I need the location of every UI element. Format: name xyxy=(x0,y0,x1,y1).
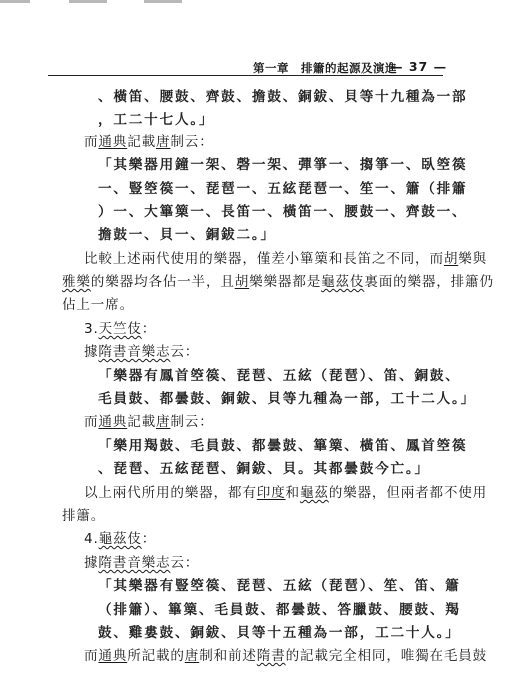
text-line: 而通典所記載的唐制和前述隋書的記載完全相同，唯獨在毛員鼓 xyxy=(84,647,487,665)
chapter-title: 第一章 排簫的起源及演進 xyxy=(253,60,397,76)
text-line: 比較上述兩代使用的樂器，僅差小篳篥和長笛之不同，而胡樂與 xyxy=(84,250,487,268)
text-line: 一、豎箜篌一、琵琶一、五絃琵琶一、笙一、簫（排簫 xyxy=(98,180,467,198)
text-line: 而通典記載唐制云： xyxy=(84,413,214,431)
text-line: 排簫。 xyxy=(62,507,105,525)
text-line: ）一、大篳篥一、長笛一、橫笛一、腰鼓一、齊鼓一、 xyxy=(98,203,467,221)
text-line: 「樂用羯鼓、毛員鼓、都曇鼓、篳篥、橫笛、鳳首箜篌 xyxy=(98,437,467,455)
text-line: 「樂器有鳳首箜篌、琵琶、五絃（琵琶）、笛、銅鼓、 xyxy=(98,367,461,385)
text-line: 以上兩代所用的樂器，都有印度和龜茲的樂器，但兩者都不使用 xyxy=(84,484,487,502)
text-line: 佔上一席。 xyxy=(62,296,134,314)
text-line: 3.天竺伎： xyxy=(84,320,156,338)
header-rule xyxy=(48,75,443,76)
text-line: 4.龜茲伎： xyxy=(84,530,156,548)
text-line: 擔鼓一、貝一、銅鈸二。」 xyxy=(98,226,276,244)
running-header: 第一章 排簫的起源及演進 — 37 — xyxy=(245,58,445,76)
text-line: 「其樂器有豎箜篌、琵琶、五絃（琵琶）、笙、笛、簫 xyxy=(98,577,461,595)
text-line: 鼓、雞婁鼓、銅鈸、貝等十五種為一部，工二十人。」 xyxy=(98,624,461,642)
scan-edge-marks xyxy=(0,0,505,4)
text-line: 、橫笛、腰鼓、齊鼓、擔鼓、銅鈸、貝等十九種為一部 xyxy=(98,88,467,106)
text-line: 「其樂器用鐘一架、磬一架、彈箏一、搊箏一、臥箜篌 xyxy=(98,156,467,174)
text-line: （排簫）、篳篥、毛員鼓、都曇鼓、答臘鼓、腰鼓、羯 xyxy=(98,601,461,619)
text-line: 據隋書音樂志云： xyxy=(84,554,199,572)
text-line: 而通典記載唐制云： xyxy=(84,133,214,151)
text-line: 、琵琶、五絃琵琶、銅鈸、貝。其都曇鼓今亡。」 xyxy=(98,460,430,478)
text-line: ，工二十七人。」 xyxy=(98,111,214,129)
text-line: 雅樂的樂器均各佔一半，且胡樂樂器都是龜茲伎裏面的樂器，排簫仍 xyxy=(62,273,494,291)
text-line: 據隋書音樂志云： xyxy=(84,343,199,361)
page-number: — 37 — xyxy=(390,59,447,74)
text-line: 毛員鼓、都曇鼓、銅鈸、貝等九種為一部，工十二人。」 xyxy=(98,390,476,408)
